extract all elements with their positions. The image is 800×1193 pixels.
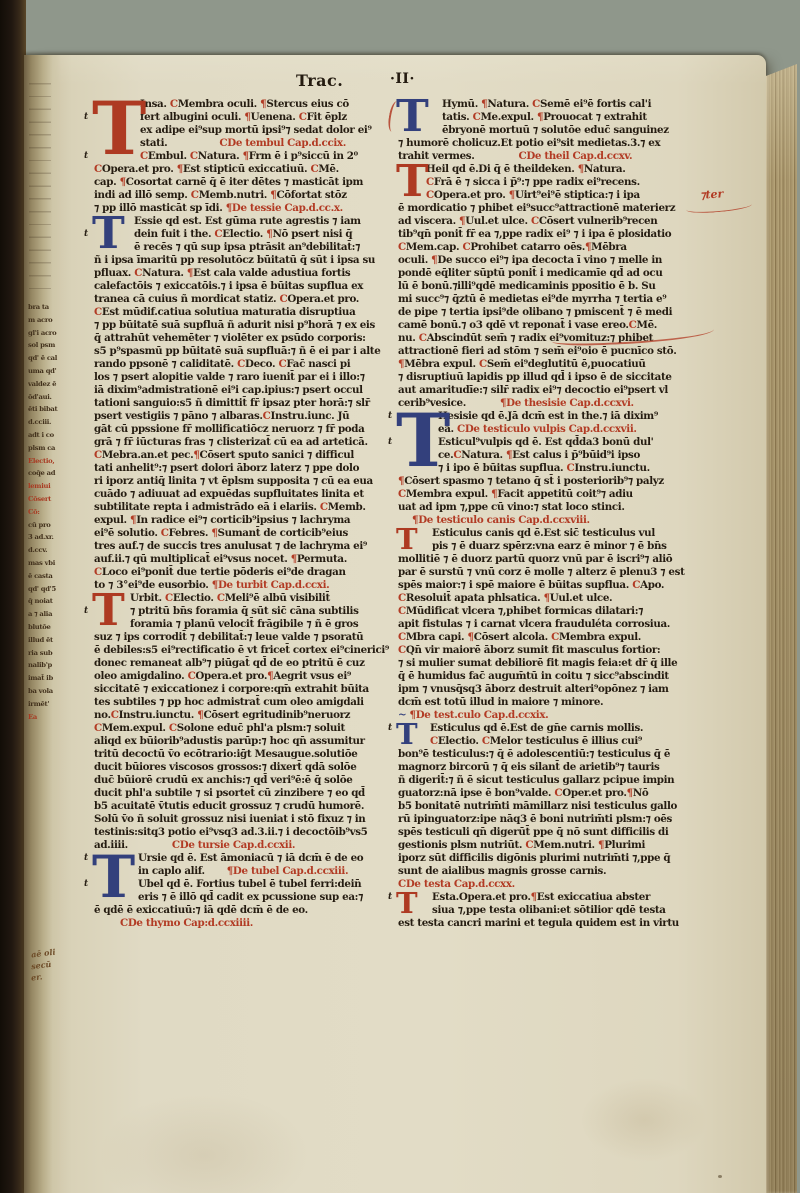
- text-line: psert vestigiis ⁊ pāno ⁊ albaras.CInstru…: [94, 410, 395, 423]
- body-text: ē recēs ⁊ qū sup ipsa ptrāsit an⁹debilit…: [134, 241, 360, 253]
- text-line: rū ipinguatorz:ipe nāq3 ē boni nutrim̄ti…: [398, 813, 710, 826]
- body-text: Electio.: [173, 592, 217, 604]
- body-text: Me.expul.: [480, 111, 537, 123]
- body-text: Memb.: [328, 501, 366, 513]
- text-line: spēs maior:⁊ i spē maiore ē būitas supfl…: [398, 579, 710, 592]
- body-text: Cōsert vulnerib⁹recen: [539, 215, 658, 227]
- body-text: ⁊ i ipo ē būitas supflua.: [438, 462, 567, 474]
- body-text: Esta.Opera.et pro.: [432, 891, 531, 903]
- text-line: suz ⁊ ips corrodit̄ ⁊ debilitat̄:⁊ leue …: [94, 631, 395, 644]
- text-line: CMbra capi. ¶Cōsert alcola. CMembra expu…: [398, 631, 710, 644]
- text-line: q̄ ē humidus fac̄ augum̄tū in coitu ⁊ si…: [398, 670, 710, 683]
- text-line: ⁊ humorē cholicuz.Et potio ei⁹sit mediet…: [398, 137, 710, 150]
- line-gap: [466, 405, 500, 406]
- body-text: Deco.: [245, 358, 279, 370]
- rubric-text: C: [479, 358, 487, 370]
- body-text: cap.: [94, 176, 120, 188]
- body-text: Solone educ̄ phl'a plsm:⁊ soluit: [177, 722, 345, 734]
- text-line: CMem.cap. CProhibet catarro oēs.¶Mēbra: [398, 241, 710, 254]
- rubric-text: CDe testiculo vulpis Cap.d.ccxvii.: [457, 423, 637, 435]
- gutter-text-fragment: irmēt': [28, 700, 58, 712]
- text-line: CMem.expul. CSolone educ̄ phl'a plsm:⁊ s…: [94, 722, 395, 735]
- body-text: calefactōis ⁊ exiccatōis.⁊ i ipsa ē būit…: [94, 280, 363, 292]
- body-text: In radice ei⁹⁊ corticib⁹ipsius ⁊ lachrym…: [136, 514, 350, 526]
- body-text: Urbit.: [130, 592, 165, 604]
- text-line: Esticulus qd ē.Est de gn̄e carnis mollis…: [398, 722, 710, 735]
- gutter-text-fragment: qd' ē cal: [28, 354, 58, 366]
- body-text: gāt cū ppssione fr̄ mollificatiōcz neruo…: [94, 423, 364, 435]
- body-text: Opera.et pro.: [287, 293, 359, 305]
- body-text: ēbryonē mortuū ⁊ solutōe educ̄ sanguinez: [442, 124, 669, 136]
- fore-edge-pages: [766, 62, 797, 1193]
- rubric-text: ¶De turbit Cap.d.ccxi.: [212, 579, 330, 591]
- body-text: Cōsert alcola.: [474, 631, 551, 643]
- text-line: attractionē fieri ad stōm ⁊ sem̄ ei⁹oio …: [398, 345, 710, 358]
- text-line: CMūdificat vlcera ⁊,phibet formicas dila…: [398, 605, 710, 618]
- text-line: ē debiles:s5 ei⁹rectificatio ē vt fricet…: [94, 644, 395, 657]
- rubric-text: C: [170, 98, 178, 110]
- text-line: de pipe ⁊ tertia ipsi⁹de olibano ⁊ pmisc…: [398, 306, 710, 319]
- body-text: ad viscera.: [398, 215, 459, 227]
- text-line: apit fistulas ⁊ i carnat vlcera fraudulé…: [398, 618, 710, 631]
- rubric-text: C: [398, 631, 406, 643]
- body-text: Nō: [633, 787, 649, 799]
- body-text: tranea cā cuius ñ mordicat statiz.: [94, 293, 280, 305]
- rubric-text: C: [531, 215, 539, 227]
- rubricator-guide-letter: t: [388, 723, 397, 733]
- body-text: Hesisie qd ē.Jā dcm̄ est in the.⁊ iā dix…: [438, 410, 658, 422]
- body-text: Membra expul.: [559, 631, 641, 643]
- text-line: ei⁹ē solutio. CFebres. ¶Sumant̄ de corti…: [94, 527, 395, 540]
- body-text: q̄ attrahūt vehemēter ⁊ violēter ex psūd…: [94, 332, 366, 344]
- illuminated-initial-blue: T: [92, 850, 135, 906]
- body-text: Natura.: [142, 267, 187, 279]
- body-text: tationi sanguio:s5 ñ dimittit̄ fr̄ ipsaz…: [94, 397, 370, 409]
- rubric-text: C: [532, 98, 540, 110]
- rubric-text: C: [190, 150, 198, 162]
- body-text: dein fuit i the.: [134, 228, 214, 240]
- text-line: ⁊ si mulier sumat debiliorē fit magis fe…: [398, 657, 710, 670]
- body-text: ex adipe ei⁹sup mortū ipsi⁹⁊ sedat dolor…: [140, 124, 372, 136]
- text-line: guatorz:nā ipse ē bon⁹valde. COper.et pr…: [398, 787, 710, 800]
- text-line: Heil qd ē.Di q̄ ē theildeken. ¶Natura.: [398, 163, 710, 176]
- body-text: sunt de aialibus magnis grosse carnis.: [398, 865, 606, 877]
- text-line: gestionis plsm nutriūt. CMem.nutri. ¶Plu…: [398, 839, 710, 852]
- text-line: ⁊ ptritū bn̄s foramia q̄ sūt sic̄ cāna s…: [94, 605, 395, 618]
- rubricator-guide-letter: t: [84, 112, 93, 122]
- line-gap: [474, 158, 518, 159]
- text-line: cap. ¶Cosortat carnē q̄ ē iter dētes ⁊ m…: [94, 176, 395, 189]
- body-text: Est calus i p̄⁹būid⁹i ipso: [512, 449, 640, 461]
- body-text: iā dixim⁹admistrationē ei⁹i cap.ipius:⁊ …: [94, 384, 363, 396]
- body-text: Cōsert sputo sanici ⁊ difficul: [200, 449, 354, 461]
- body-text: Meli⁹ē albū visibilit̄: [225, 592, 330, 604]
- text-line: ducit phl'a subtile ⁊ si psortet̄ cū zin…: [94, 787, 395, 800]
- body-text: est testa cancri marini et tegula quidem…: [398, 917, 679, 929]
- text-line: Essie qd est. Est gūma rute agrestis ⁊ i…: [94, 215, 395, 228]
- body-text: gestionis plsm nutriūt.: [398, 839, 525, 851]
- body-text: ⁊ humorē cholicuz.Et potio ei⁹sit mediet…: [398, 137, 660, 149]
- illuminated-initial-red: T: [396, 525, 418, 555]
- body-text: Ursie qd ē. Est āmoniacū ⁊ iā dcm̄ ē de …: [138, 852, 363, 864]
- body-text: Apo.: [640, 579, 664, 591]
- gutter-text-fragment: d.cciii.: [28, 418, 58, 430]
- body-text: tib⁹qn̄ ponit̄ fr̄ ea ⁊,ppe radix ei⁹ ⁊ …: [398, 228, 671, 240]
- body-text: ipm ⁊ vnusq̄sq3 āborz destruit alteri⁹op…: [398, 683, 669, 695]
- rubric-text: ¶De tessie Cap.d.cc.x.: [226, 202, 343, 214]
- body-text: ⁊ ptritū bn̄s foramia q̄ sūt sic̄ cāna s…: [130, 605, 359, 617]
- text-line: auf.ii.⁊ qū multiplicat̄ ei⁹vsus nocet. …: [94, 553, 395, 566]
- text-line: bon⁹ē testiculus:⁊ q̄ ē adolescentiū:⁊ t…: [398, 748, 710, 761]
- body-text: nu.: [398, 332, 419, 344]
- gutter-text-fragment: cū pro: [28, 521, 58, 533]
- text-line: Ursie qd ē. Est āmoniacū ⁊ iā dcm̄ ē de …: [94, 852, 395, 865]
- body-text: Est cala valde adustiua fortis: [193, 267, 350, 279]
- text-line: ⁊ pp būitatē suā supfluā ñ adurit nisi p…: [94, 319, 395, 332]
- rubric-text: C: [419, 332, 427, 344]
- rubric-text: C: [111, 709, 119, 721]
- text-line: par ē surstū ⁊ vnū corz ē molle ⁊ alterz…: [398, 566, 710, 579]
- body-text: lū ē bonū.⁊illi⁹qdē medicaminis ppositio…: [398, 280, 656, 292]
- text-line: siua ⁊,ppe testa olibani:et sōtilior qdē…: [398, 904, 710, 917]
- gutter-text-fragment: ba vola: [28, 687, 58, 699]
- body-text: Mem.expul.: [102, 722, 169, 734]
- rubric-text: CDe tembul Cap.d.ccix.: [219, 137, 346, 149]
- text-line: to ⁊ 3°ei⁹de eusorbio. ¶De turbit Cap.d.…: [94, 579, 395, 592]
- rubric-text: CDe thymo Cap:d.ccxiiii.: [120, 917, 253, 929]
- body-text: Mebra.an.et pec.: [102, 449, 193, 461]
- body-text: eris ⁊ ē illō qd̄ cadit ex pcussione sup…: [138, 891, 363, 903]
- text-line: ⁊ disruptiuū lapidis pp illud qd̄ i ipso…: [398, 371, 710, 384]
- body-text: Natura.: [487, 98, 532, 110]
- body-text: de pipe ⁊ tertia ipsi⁹de olibano ⁊ pmisc…: [398, 306, 672, 318]
- margin-annotation-red: ⁊ter: [700, 187, 724, 202]
- body-text: expul.: [94, 514, 130, 526]
- text-line: CFrā ē ⁊ sicca i p̄⁹:⁊ ppe radix ei⁹rece…: [398, 176, 710, 189]
- body-text: mollitiē ⁊ ē duorz partū quorz vnū par ē…: [398, 553, 672, 565]
- rubric-text: ¶De testiculo canis Cap.d.ccxviii.: [412, 514, 590, 526]
- gutter-text-fragment: sol psm: [28, 341, 58, 353]
- body-text: ⁊ si mulier sumat debiliorē fit magis fe…: [398, 657, 677, 669]
- text-line: ¶Mēbra expul. CSem̄ ei⁹deglutitū ē,puoca…: [398, 358, 710, 371]
- body-text: Ubel qd ē. Fortius tubel ē tubel ferri:d…: [138, 878, 361, 890]
- body-text: par ē surstū ⁊ vnū corz ē molle ⁊ alterz…: [398, 566, 684, 578]
- text-line: mollitiē ⁊ ē duorz partū quorz vnū par ē…: [398, 553, 710, 566]
- text-line: CMebra.an.et pec.¶Cōsert sputo sanici ⁊ …: [94, 449, 395, 462]
- body-text: Uenena.: [251, 111, 299, 123]
- text-line: ⁊ pp illō masticāt sp īdi. ¶De tessie Ca…: [94, 202, 395, 215]
- text-line: COpera.et pro. ¶Uirt⁹ei⁹ē stiptica:⁊ i i…: [398, 189, 710, 202]
- body-text: bon⁹ē testiculus:⁊ q̄ ē adolescentiū:⁊ t…: [398, 748, 670, 760]
- body-text: Mē.: [318, 163, 338, 175]
- body-text: oculi.: [398, 254, 431, 266]
- text-line: rando ppsonē ⁊ caliditatē. CDeco. CFac̄ …: [94, 358, 395, 371]
- body-text: Hymū.: [442, 98, 481, 110]
- gutter-text-fragment: Cōsert: [28, 495, 58, 507]
- text-line: pfluax. CNatura. ¶Est cala valde adustiu…: [94, 267, 395, 280]
- body-text: foramia ⁊ planū velocit̄ frāgibile ⁊ ñ ē…: [130, 618, 358, 630]
- body-text: Opera.et pro.: [195, 670, 267, 682]
- gutter-facing-page-edge: bra tam acrogl'i acrosol psmqd' ē caluma…: [24, 55, 61, 1193]
- body-text: Heil qd ē.Di q̄ ē theildeken.: [426, 163, 578, 175]
- text-line: CMembra expul. ¶Facit appetitū coit⁹⁊ ad…: [398, 488, 710, 501]
- text-line: Solū v̄o ñ soluit grossuz nisi iueniat i…: [94, 813, 395, 826]
- text-line: tib⁹qn̄ ponit̄ fr̄ ea ⁊,ppe radix ei⁹ ⁊ …: [398, 228, 710, 241]
- rubricator-guide-letter: t: [388, 437, 397, 447]
- body-text: Membra expul.: [406, 488, 491, 500]
- rubricator-guide-letter: t: [388, 892, 397, 902]
- text-line: tres auf.⁊ de succis tres anulusat ⁊ de …: [94, 540, 395, 553]
- gutter-text-fragment: blutōe: [28, 623, 58, 635]
- body-text: Mem.cap.: [406, 241, 463, 253]
- text-line: CElectio. CMelor testiculus ē illius cui…: [398, 735, 710, 748]
- text-line: ri iporz antiq̄ linita ⁊ vt ēplsm suppos…: [94, 475, 395, 488]
- body-text: pis ⁊ ē duarz spērz:vna earz ē minor ⁊ ē…: [432, 540, 667, 552]
- rubric-text: C: [632, 579, 640, 591]
- gutter-text-fragment: coq̄e ad: [28, 469, 58, 481]
- book-spine-shadow: [0, 0, 26, 1193]
- gutter-text-fragment: q̄ noiat: [28, 597, 58, 609]
- rubricator-guide-letter: t: [84, 853, 93, 863]
- body-text: tritū decoctū v̄o ecōtrario:iḡt Mesaugue…: [94, 748, 357, 760]
- body-text: Stercus eius cō: [266, 98, 349, 110]
- body-text: Natura.: [461, 449, 506, 461]
- body-text: Esticulus canis qd ē.Est sic̄ testiculus…: [432, 527, 655, 539]
- text-line: tes subtiles ⁊ pp hoc admistrat̄ cum ole…: [94, 696, 395, 709]
- text-line: lū ē bonū.⁊illi⁹qdē medicaminis ppositio…: [398, 280, 710, 293]
- body-text: uat ad ipm ⁊,ppe cū vino:⁊ stat loco sti…: [398, 501, 625, 513]
- body-text: siua ⁊,ppe testa olibani:et sōtilior qdē…: [432, 904, 666, 916]
- text-line: Hymū. ¶Natura. CSemē ei⁹ē fortis cal'i: [398, 98, 710, 111]
- gutter-text-fragment: m acro: [28, 316, 58, 328]
- text-line: ad viscera. ¶Uul.et ulce. CCōsert vulner…: [398, 215, 710, 228]
- body-text: ⁊ pp būitatē suā supfluā ñ adurit nisi p…: [94, 319, 375, 331]
- body-text: aut amaritudīe:⁊ silr̄ radix ei⁹⁊ decoct…: [398, 384, 668, 396]
- rubric-text: C: [430, 735, 438, 747]
- gutter-text-fragment: ria sub: [28, 649, 58, 661]
- body-text: Qn̄ vir maiorē āborz sumit fit masculus …: [406, 644, 661, 656]
- body-text: Loco ei⁹ponit̄ due tertie pōderis ei⁹de …: [102, 566, 346, 578]
- text-line: CResoluit̄ apata phlsatica. ¶Uul.et ulce…: [398, 592, 710, 605]
- body-text: Facit appetitū coit⁹⁊ adiu: [497, 488, 632, 500]
- text-line: ñ digerit̄:⁊ ñ ē sicut testiculus gallar…: [398, 774, 710, 787]
- illuminated-initial-red: T: [396, 889, 418, 919]
- gutter-text-fragment: a ⁊ alia: [28, 610, 58, 622]
- text-line: gāt cū ppssione fr̄ mollificatiōcz neruo…: [94, 423, 395, 436]
- gutter-text-fragment: Cō:: [28, 508, 58, 520]
- text-line: trahit vermes.CDe theil Cap.d.ccxv.: [398, 150, 710, 163]
- illuminated-initial-blue: T: [396, 720, 418, 750]
- body-text: ñ digerit̄:⁊ ñ ē sicut testiculus gallar…: [398, 774, 674, 786]
- rubric-text: C: [94, 566, 102, 578]
- body-text: Cōsert egritudinib⁹neruorz: [203, 709, 350, 721]
- gutter-text-fragment: imat̄ ib: [28, 674, 58, 686]
- text-line: CEst mūdif.catiua solutiua maturatia dis…: [94, 306, 395, 319]
- rubric-text: C: [398, 488, 406, 500]
- body-text: De succo ei⁹⁊ ipa decocta ī vino ⁊ melle…: [437, 254, 662, 266]
- body-text: Est mūdif.catiua solutiua maturatia disr…: [102, 306, 356, 318]
- text-line: ¶De testiculo canis Cap.d.ccxviii.: [398, 514, 710, 527]
- body-text: cuādo ⁊ adiuuat ad expuēdas supfluitates…: [94, 488, 364, 500]
- body-text: fert albugini oculi.: [140, 111, 244, 123]
- gutter-text-fragment: mas vbi: [28, 559, 58, 571]
- text-line: Urbit. CElectio. CMeli⁹ē albū visibilit̄: [94, 592, 395, 605]
- body-text: Sem̄ ei⁹deglutitū ē,puocatiuū: [487, 358, 646, 370]
- text-line: aut amaritudīe:⁊ silr̄ radix ei⁹⁊ decoct…: [398, 384, 710, 397]
- body-text: auf.ii.⁊ qū multiplicat̄ ei⁹vsus nocet.: [94, 553, 291, 565]
- body-text: Instru.iunc. Jū: [271, 410, 350, 422]
- body-text: indi ad illō semp.: [94, 189, 191, 201]
- text-line: est testa cancri marini et tegula quidem…: [398, 917, 710, 930]
- body-text: Prouocat ⁊ extrahit: [543, 111, 647, 123]
- body-text: Natura.: [198, 150, 243, 162]
- gutter-text-fragment: adt i co: [28, 431, 58, 443]
- text-line: siccitatē ⁊ exiccationez i corpore:qm̄ e…: [94, 683, 395, 696]
- text-line: mi succ⁹⁊ q̄ztū ē medietas ei⁹de myrrha …: [398, 293, 710, 306]
- illuminated-initial-blue: T: [396, 96, 429, 139]
- body-text: Esticul⁹vulpis qd ē. Est qd̄da3 bonū dul…: [438, 436, 653, 448]
- gutter-text-fragment: valdez ē: [28, 380, 58, 392]
- body-text: magnorz bircorū ⁊ q̄ eis silant̄ de arie…: [398, 761, 659, 773]
- text-line: aliqd ex būiorib⁹adustis parūp:⁊ hoc qn̄…: [94, 735, 395, 748]
- body-text: ⁊ disruptiuū lapidis pp illud qd̄ i ipso…: [398, 371, 672, 383]
- gutter-text-fragment: Ea: [28, 713, 58, 725]
- illuminated-initial-blue: T: [92, 213, 125, 256]
- body-text: Frā ē ⁊ sicca i p̄⁹:⁊ ppe radix ei⁹recen…: [434, 176, 640, 188]
- body-text: Semē ei⁹ē fortis cal'i: [540, 98, 651, 110]
- body-text: Mēbra: [591, 241, 627, 253]
- text-line: b5 acuitatē v̄tutis educit grossuz ⁊ cru…: [94, 800, 395, 813]
- illuminated-initial-red: T: [92, 96, 146, 165]
- illuminated-initial-red: T: [396, 161, 429, 204]
- body-text: Aegrit vsus ei⁹: [273, 670, 351, 682]
- body-text: Uul.et ulce.: [550, 592, 612, 604]
- body-text: Embul.: [148, 150, 190, 162]
- text-line: donec remaneat alb⁹⁊ piūgat̄ qd̄ de eo p…: [94, 657, 395, 670]
- rubric-text: C: [94, 722, 102, 734]
- body-text: oleo amigdalino.: [94, 670, 188, 682]
- body-text: Opera.et pro.: [434, 189, 509, 201]
- body-text: Instru.iunctu.: [574, 462, 649, 474]
- text-line: oculi. ¶De succo ei⁹⁊ ipa decocta ī vino…: [398, 254, 710, 267]
- text-line: tatis. CMe.expul. ¶Prouocat ⁊ extrahit: [398, 111, 710, 124]
- body-text: Prohibet catarro oēs.: [470, 241, 585, 253]
- rubric-text: C: [320, 501, 328, 513]
- rubric-text: C: [169, 722, 177, 734]
- text-line: dein fuit i the. CElectio. ¶Nō psert nis…: [94, 228, 395, 241]
- text-line: CQn̄ vir maiorē āborz sumit fit masculus…: [398, 644, 710, 657]
- text-line: ē mordicatio ⁊ phibet ei⁹succ⁹attraction…: [398, 202, 710, 215]
- folio-number: ·II·: [390, 71, 415, 87]
- body-text: mi succ⁹⁊ q̄ztū ē medietas ei⁹de myrrha …: [398, 293, 666, 305]
- text-line: tationi sanguio:s5 ñ dimittit̄ fr̄ ipsaz…: [94, 397, 395, 410]
- text-line: testinis:sitq3 potio ei⁹vsq3 ad.3.ii.⁊ i…: [94, 826, 395, 839]
- illuminated-initial-blue: T: [396, 408, 450, 477]
- body-text: q̄ ē humidus fac̄ augum̄tū in coitu ⁊ si…: [398, 670, 669, 682]
- gutter-text-fragment: 3 ad.xr.: [28, 533, 58, 545]
- rubric-text: C: [237, 358, 245, 370]
- body-text: ē debiles:s5 ei⁹rectificatio ē vt fricet…: [94, 644, 389, 656]
- body-text: Est stipticū exiccatiuū.: [183, 163, 311, 175]
- body-text: ducit phl'a subtile ⁊ si psortet̄ cū zin…: [94, 787, 365, 799]
- body-text: ri iporz antiq̄ linita ⁊ vt ēplsm suppos…: [94, 475, 373, 487]
- rubric-text: ¶De tubel Cap.d.ccxiii.: [227, 865, 349, 877]
- rubric-text: C: [398, 241, 406, 253]
- body-text: b5 bonitatē nutrim̄ti māmillarz nisi tes…: [398, 800, 677, 812]
- body-text: grā ⁊ fr̄ iūcturas fras ⁊ clisterizat̄ c…: [94, 436, 368, 448]
- body-text: Esticulus qd ē.Est de gn̄e carnis mollis…: [430, 722, 643, 734]
- body-text: Electio.: [222, 228, 266, 240]
- body-text: spēs maior:⁊ i spē maiore ē būitas supfl…: [398, 579, 632, 591]
- body-text: iporz sūt difficilis digōnis plurimi nut…: [398, 852, 670, 864]
- body-text: psert vestigiis ⁊ pāno ⁊ albaras.: [94, 410, 263, 422]
- text-line: calefactōis ⁊ exiccatōis.⁊ i ipsa ē būit…: [94, 280, 395, 293]
- body-text: Mem.nutri.: [533, 839, 598, 851]
- body-text: Natura.: [584, 163, 626, 175]
- text-column-right: Hymū. ¶Natura. CSemē ei⁹ē fortis cal'ita…: [398, 98, 710, 930]
- gutter-text-fragment: nalib'p: [28, 661, 58, 673]
- body-text: tres auf.⁊ de succis tres anulusat ⁊ de …: [94, 540, 367, 552]
- rubric-text: C: [161, 527, 169, 539]
- gutter-text-fragment: lemiui: [28, 482, 58, 494]
- rubric-text: C: [398, 592, 406, 604]
- text-line: pis ⁊ ē duarz spērz:vna earz ē minor ⁊ ē…: [398, 540, 710, 553]
- body-text: ei⁹ē solutio.: [94, 527, 161, 539]
- running-title: Trac.: [296, 71, 343, 90]
- body-text: ñ i ipsa īmaritū pp resolutōcz būitatū q…: [94, 254, 375, 266]
- text-line: Ubel qd ē. Fortius tubel ē tubel ferri:d…: [94, 878, 395, 891]
- body-text: Est exiccatiua abster: [537, 891, 650, 903]
- text-line: foramia ⁊ planū velocit̄ frāgibile ⁊ ñ ē…: [94, 618, 395, 631]
- text-line: pondē eq̄liter sūptū ponit̄ i medicamīe …: [398, 267, 710, 280]
- gutter-handwriting: secū: [30, 959, 51, 971]
- gutter-text-fragment: bra ta: [28, 303, 58, 315]
- body-text: Oper.et pro.: [562, 787, 626, 799]
- gutter-text-fragment: ōd'aui.: [28, 393, 58, 405]
- rubric-text: C: [398, 605, 406, 617]
- rubric-text: C: [94, 306, 102, 318]
- text-line: CLoco ei⁹ponit̄ due tertie pōderis ei⁹de…: [94, 566, 395, 579]
- text-line: ad.iiii.CDe tursie Cap.d.ccxii.: [94, 839, 395, 852]
- rubric-text: C: [482, 735, 490, 747]
- body-text: attractionē fieri ad stōm ⁊ sem̄ ei⁹oio …: [398, 345, 676, 357]
- body-text: Membra oculi.: [178, 98, 260, 110]
- rubricator-guide-letter: t: [84, 606, 93, 616]
- text-line: ipm ⁊ vnusq̄sq3 āborz destruit alteri⁹op…: [398, 683, 710, 696]
- body-text: b5 acuitatē v̄tutis educit grossuz ⁊ cru…: [94, 800, 364, 812]
- text-line: cuādo ⁊ adiuuat ad expuēdas supfluitates…: [94, 488, 395, 501]
- body-text: donec remaneat alb⁹⁊ piūgat̄ qd̄ de eo p…: [94, 657, 365, 669]
- text-line: magnorz bircorū ⁊ q̄ eis silant̄ de arie…: [398, 761, 710, 774]
- body-text: Mēbra expul.: [404, 358, 479, 370]
- line-gap: [205, 873, 227, 874]
- text-line: los ⁊ psert alopitie valde ⁊ raro iuenit…: [94, 371, 395, 384]
- body-text: rū ipinguatorz:ipe nāq3 ē boni nutrim̄ti…: [398, 813, 672, 825]
- rubric-text: C: [551, 631, 559, 643]
- body-text: Fac̄ nasci pi: [286, 358, 350, 370]
- text-line: b5 bonitatē nutrim̄ti māmillarz nisi tes…: [398, 800, 710, 813]
- text-line: subtilitate repta i admistrādo eā i elar…: [94, 501, 395, 514]
- book-page: bra tam acrogl'i acrosol psmqd' ē caluma…: [24, 55, 766, 1193]
- text-line: sunt de aialibus magnis grosse carnis.: [398, 865, 710, 878]
- body-text: siccitatē ⁊ exiccationez i corpore:qm̄ e…: [94, 683, 369, 695]
- body-text: Uul.et ulce.: [465, 215, 531, 227]
- body-text: testinis:sitq3 potio ei⁹vsq3 ad.3.ii.⁊ i…: [94, 826, 368, 838]
- gutter-handwriting: aē oli: [30, 947, 56, 960]
- body-text: Resoluit̄ apata phlsatica.: [406, 592, 544, 604]
- body-text: Permuta.: [297, 553, 347, 565]
- gutter-text-fragment: d.ccv.: [28, 546, 58, 558]
